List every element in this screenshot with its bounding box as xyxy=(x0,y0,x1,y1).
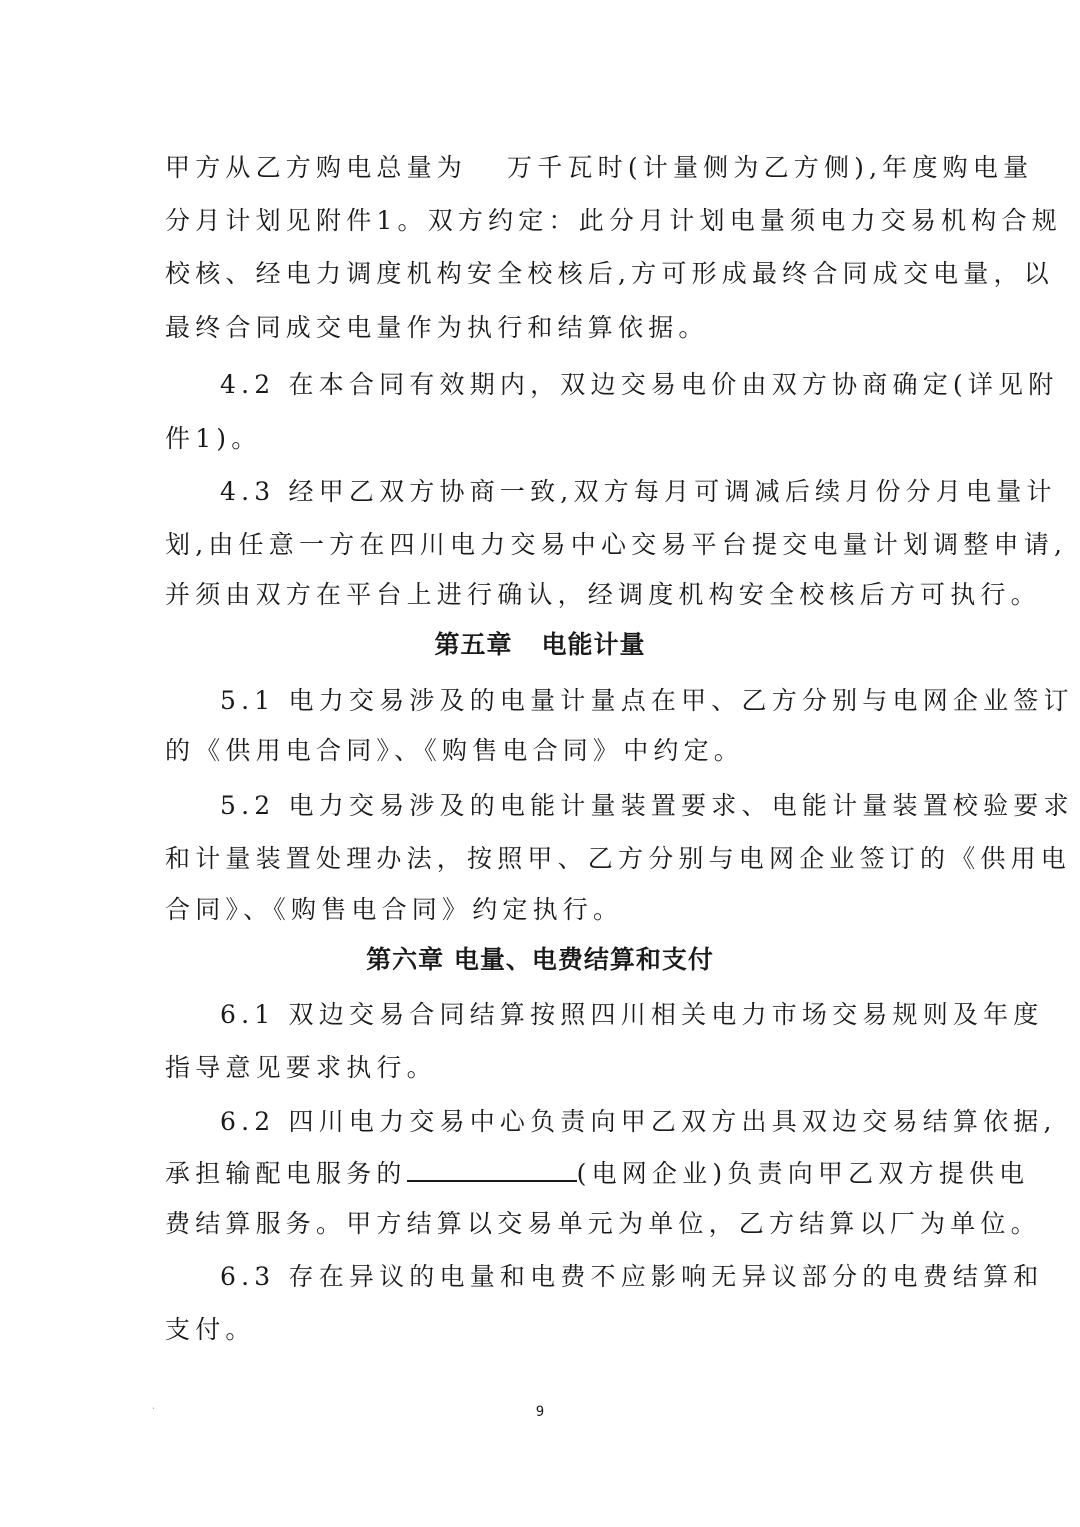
text-segment: (电网企业)负责向甲乙双方提供电 xyxy=(577,1159,1030,1188)
document-page: 甲方从乙方购电总量为万千瓦时(计量侧为乙方侧),年度购电量 分月计划见附件1。双… xyxy=(0,0,1080,1527)
page-number: 9 xyxy=(0,1402,1080,1422)
paragraph-line: 并须由双方在平台上进行确认，经调度机构安全校核后方可执行。 xyxy=(165,580,925,610)
chapter-5-heading: 第五章 电能计量 xyxy=(0,630,1080,660)
clause-5-1: 5.1 电力交易涉及的电量计量点在甲、乙方分别与电网企业签订 xyxy=(220,686,925,716)
text-segment: 承担输配电服务的 xyxy=(165,1159,407,1188)
paragraph-line: 承担输配电服务的(电网企业)负责向甲乙双方提供电 xyxy=(165,1158,925,1189)
text-segment: 甲方从乙方购电总量为 xyxy=(165,153,467,182)
paragraph-line: 校核、经电力调度机构安全校核后,方可形成最终合同成交电量，以 xyxy=(165,259,925,289)
paragraph-line: 费结算服务。甲方结算以交易单元为单位，乙方结算以厂为单位。 xyxy=(165,1209,925,1239)
text-segment: 万千瓦时(计量侧为乙方侧),年度购电量 xyxy=(507,153,1033,182)
paragraph-line: 合同》、《购售电合同》约定执行。 xyxy=(165,895,925,925)
chapter-6-heading: 第六章 电量、电费结算和支付 xyxy=(0,945,1080,975)
paragraph-line: 最终合同成交电量作为执行和结算依据。 xyxy=(165,313,925,343)
clause-6-1: 6.1 双边交易合同结算按照四川相关电力市场交易规则及年度 xyxy=(220,1000,925,1030)
clause-6-2: 6.2 四川电力交易中心负责向甲乙双方出具双边交易结算依据, xyxy=(220,1107,925,1137)
clause-4-3: 4.3 经甲乙双方协商一致,双方每月可调减后续月份分月电量计 xyxy=(220,477,925,507)
clause-4-2: 4.2 在本合同有效期内，双边交易电价由双方协商确定(详见附 xyxy=(220,370,925,400)
paragraph-line: 划,由任意一方在四川电力交易中心交易平台提交电量计划调整申请, xyxy=(165,530,925,560)
paragraph-line: 的《供用电合同》、《购售电合同》中约定。 xyxy=(165,736,925,766)
clause-6-3: 6.3 存在异议的电量和电费不应影响无异议部分的电费结算和 xyxy=(220,1262,925,1292)
paragraph-line: 甲方从乙方购电总量为万千瓦时(计量侧为乙方侧),年度购电量 xyxy=(165,153,925,183)
paragraph-line: 支付。 xyxy=(165,1315,925,1345)
paragraph-line: 件1)。 xyxy=(165,424,925,454)
paragraph-line: 和计量装置处理办法，按照甲、乙方分别与电网企业签订的《供用电 xyxy=(165,844,925,874)
paragraph-line: 指导意见要求执行。 xyxy=(165,1053,925,1083)
fill-in-blank-underline xyxy=(407,1158,577,1182)
clause-5-2: 5.2 电力交易涉及的电能计量装置要求、电能计量装置校验要求 xyxy=(220,791,925,821)
paragraph-line: 分月计划见附件1。双方约定：此分月计划电量须电力交易机构合规 xyxy=(165,206,925,236)
